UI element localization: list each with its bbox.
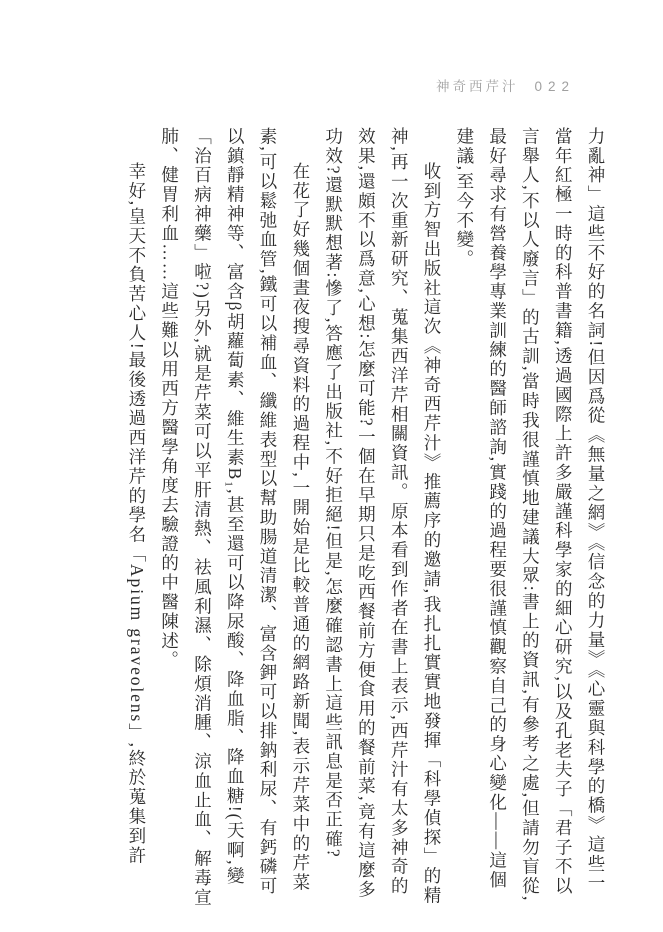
paragraph: 在花了好幾個晝夜搜尋資料的過程中,一開始是比較普通的網路新聞,表示芹菜中的芹菜素… [153, 127, 317, 909]
paragraph-continuation: 力亂神」這些不好的名詞!但因爲從《無量之網》《信念的力量》《心靈與科學的橋》這些… [448, 127, 612, 909]
paragraph: 幸好,皇天不負苦心人!最後透過西洋芹的學名「Apium graveolens」,… [120, 127, 153, 909]
paragraph: 收到方智出版社這次《神奇西芹汁》推薦序的邀請,我扎扎實實地發揮「科學偵探」的精神… [317, 127, 448, 909]
running-header: 神奇西芹汁022 [436, 75, 575, 95]
book-page: 神奇西芹汁022 力亂神」這些不好的名詞!但因爲從《無量之網》《信念的力量》《心… [0, 0, 663, 932]
body-text: 力亂神」這些不好的名詞!但因爲從《無量之網》《信念的力量》《心靈與科學的橋》這些… [85, 127, 612, 909]
running-title: 神奇西芹汁 [436, 79, 519, 94]
page-number: 022 [534, 79, 575, 94]
